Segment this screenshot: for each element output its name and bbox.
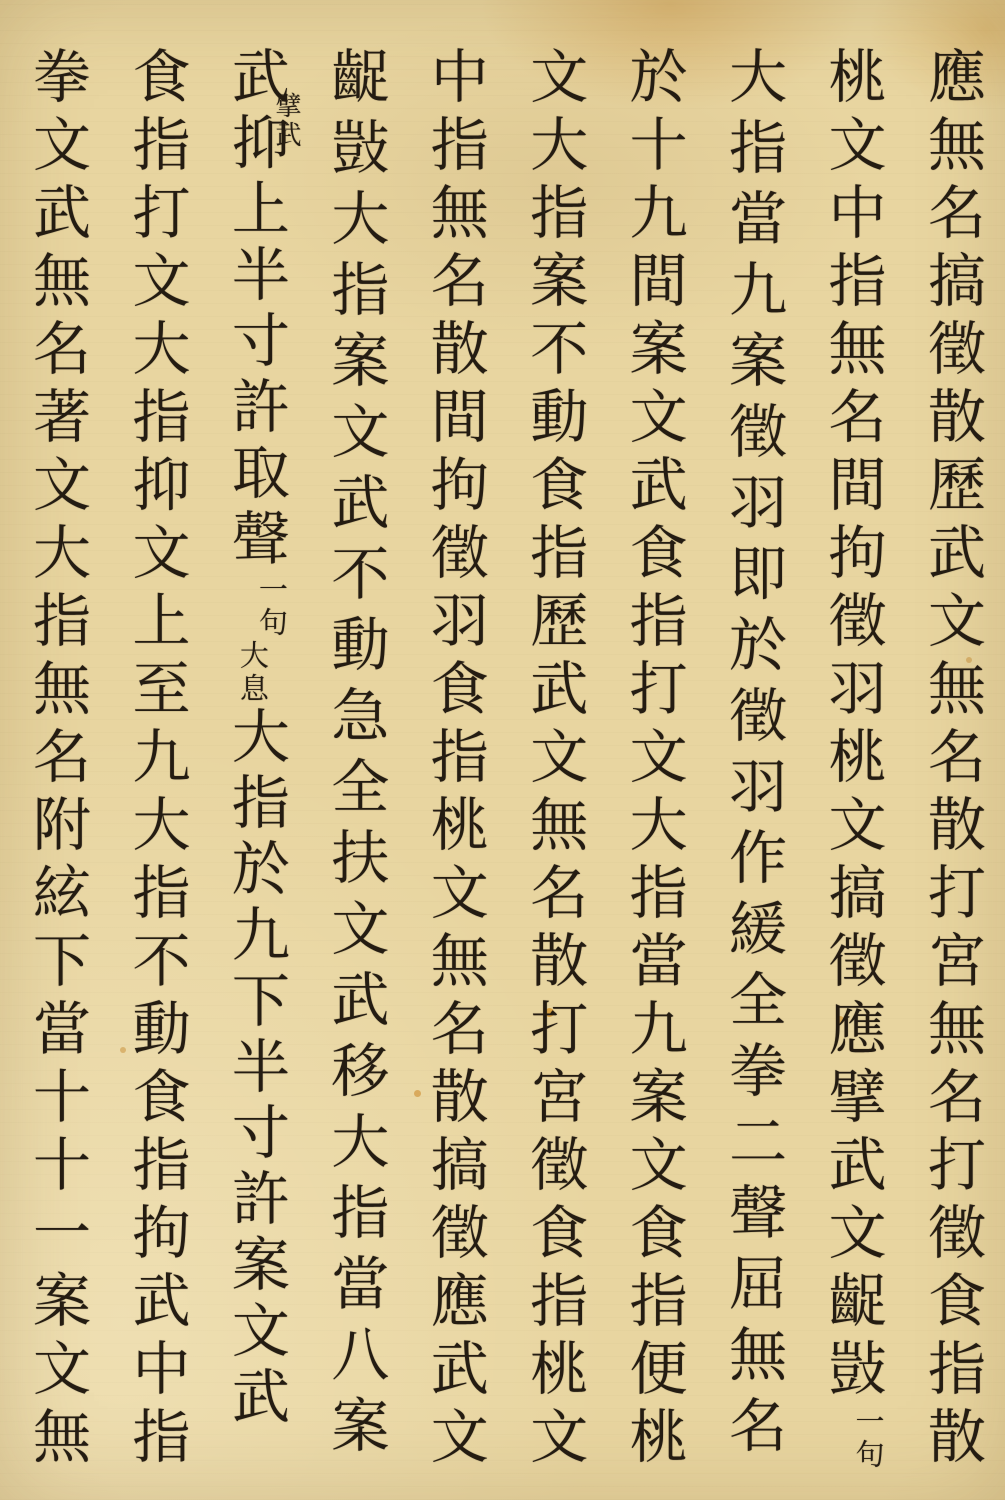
- section-mark-note: 大息: [238, 640, 267, 706]
- text-column-5: 文大指案不動食指歷武文無名散打宮徵食指桃文: [521, 46, 583, 1484]
- text-column-4: 於十九間案文武食指打文大指當九案文食指便桃: [621, 46, 683, 1484]
- text-column-6: 中指無名散間拘徵羽食指桃文無名散搞徵應武文: [422, 46, 484, 1484]
- interlinear-insertion-note: 擘武: [268, 92, 305, 150]
- text-column-7: 齪敱大指案文武不動急全扶文武移大指當八案: [322, 46, 384, 1484]
- manuscript-page: 應無名搞徵散歷武文無名散打宮無名打徵食指散 桃文中指無名間拘徵羽桃文搞徵應擘武文…: [0, 0, 1005, 1500]
- text-column-1: 應無名搞徵散歷武文無名散打宮無名打徵食指散: [919, 46, 981, 1484]
- phrase-mark-note: 一句: [257, 574, 286, 640]
- text-column-9: 食指打文大指抑文上至九大指不動食指拘武中指: [123, 46, 185, 1484]
- text-block: 應無名搞徵散歷武文無名散打宮無名打徵食指散 桃文中指無名間拘徵羽桃文搞徵應擘武文…: [0, 0, 1005, 1500]
- column-8-text-after: 大指於九下半寸許案文武: [222, 706, 290, 1432]
- text-column-2: 桃文中指無名間拘徵羽桃文搞徵應擘武文齪敱一句: [820, 46, 882, 1484]
- phrase-mark-note: 一句: [854, 1406, 883, 1472]
- text-column-10: 拳文武無名著文大指無名附絃下當十十一案文無: [24, 46, 86, 1484]
- text-column-8: 武抑上半寸許取聲一句大息大指於九下半寸許案文武: [223, 46, 285, 1484]
- text-column-3: 大指當九案徵羽即於徵羽作緩全拳二聲屈無名: [720, 46, 782, 1484]
- column-2-text: 桃文中指無名間拘徵羽桃文搞徵應擘武文齪敱: [819, 46, 887, 1406]
